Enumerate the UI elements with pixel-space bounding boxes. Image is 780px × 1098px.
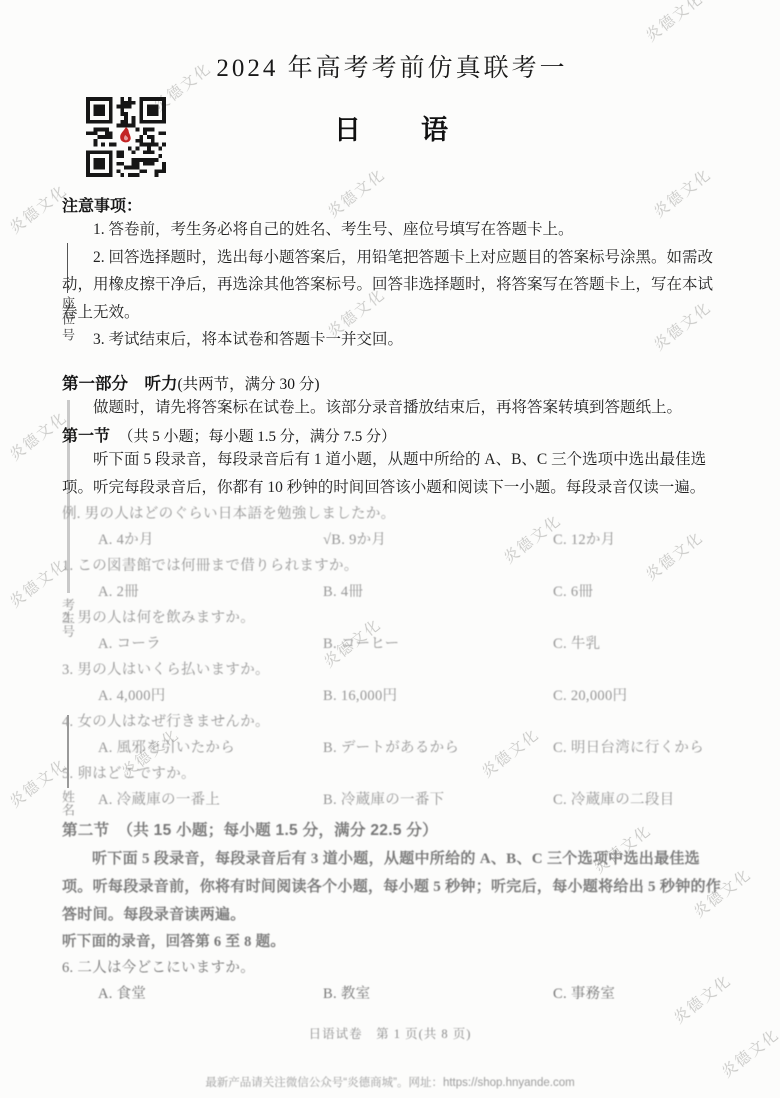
- option-a: A. 4か月: [98, 527, 323, 553]
- page-number-footer: 日语试卷 第 1 页(共 8 页): [0, 1024, 780, 1042]
- section1-meta: （共 5 小题；每小题 1.5 分，满分 7.5 分）: [126, 429, 396, 445]
- option-c: C. 12か月: [553, 527, 722, 553]
- question-2: 2. 男の人は何を飲みますか。: [62, 605, 722, 631]
- section2-passage-intro: 听下面的录音，回答第 6 至 8 题。: [62, 929, 722, 955]
- section1-label: 第一节: [62, 428, 110, 445]
- notice-heading: 注意事项：: [62, 193, 722, 216]
- option-b: B. 16,000円: [323, 683, 553, 709]
- option-c: C. 事務室: [553, 981, 722, 1007]
- question-6: 6. 二人は今どこにいますか。: [62, 955, 722, 981]
- option-b: B. コーヒー: [323, 631, 553, 657]
- option-c: C. 牛乳: [553, 631, 722, 657]
- question-1: 1. この図書館では何冊まで借りられますか。: [62, 553, 722, 579]
- option-a: A. コーラ: [98, 631, 323, 657]
- option-a: A. 冷蔵庫の一番上: [98, 787, 323, 813]
- section2-heading: 第二节 （共 15 小题；每小题 1.5 分，满分 22.5 分）: [62, 817, 722, 845]
- option-b: √B. 9か月: [323, 527, 553, 553]
- option-b: B. 冷蔵庫の一番下: [323, 787, 553, 813]
- section1-questions: 例. 男の人はどのぐらい日本語を勉強しましたか。 A. 4か月 √B. 9か月 …: [62, 501, 722, 813]
- section2: 第二节 （共 15 小题；每小题 1.5 分，满分 22.5 分） 听下面 5 …: [62, 817, 722, 1007]
- notice-item-3: 3. 考试结束后，将本试卷和答题卡一并交回。: [62, 326, 722, 354]
- section2-instructions: 听下面 5 段录音，每段录音后有 3 道小题，从题中所给的 A、B、C 三个选项…: [62, 845, 722, 929]
- notice-item-2: 2. 回答选择题时，选出每小题答案后，用铅笔把答题卡上对应题目的答案标号涂黑。如…: [62, 244, 722, 327]
- option-c: C. 6冊: [553, 579, 722, 605]
- option-c: C. 20,000円: [553, 683, 722, 709]
- subject-title: 日 语: [62, 108, 722, 147]
- question-3-options: A. 4,000円 B. 16,000円 C. 20,000円: [62, 683, 722, 709]
- option-a: A. 2冊: [98, 579, 323, 605]
- option-a: A. 食堂: [98, 981, 323, 1007]
- section2-meta: （共 15 小题；每小题 1.5 分，满分 22.5 分）: [125, 822, 438, 839]
- option-c: C. 明日台湾に行くから: [553, 735, 722, 761]
- question-3: 3. 男の人はいくら払いますか。: [62, 657, 722, 683]
- question-4-options: A. 風邪を引いたから B. デートがあるから C. 明日台湾に行くから: [62, 735, 722, 761]
- section1-heading: 第一节 （共 5 小题；每小题 1.5 分，满分 7.5 分）: [62, 423, 722, 446]
- question-6-options: A. 食堂 B. 教室 C. 事務室: [62, 981, 722, 1007]
- option-b: B. デートがあるから: [323, 735, 553, 761]
- option-c: C. 冷蔵庫の二段目: [553, 787, 722, 813]
- example-question: 例. 男の人はどのぐらい日本語を勉強しましたか。: [62, 501, 722, 527]
- notice-item-1: 1. 答卷前，考生务必将自己的姓名、考生号、座位号填写在答题卡上。: [62, 216, 722, 244]
- part1-heading-title: 第一部分 听力: [62, 375, 178, 393]
- part1-intro: 做题时，请先将答案标在试卷上。该部分录音播放结束后，再将答案转填到答题纸上。: [62, 394, 722, 422]
- option-a: A. 4,000円: [98, 683, 323, 709]
- section2-label: 第二节: [62, 822, 109, 839]
- option-b: B. 教室: [323, 981, 553, 1007]
- content-column: 2024 年高考考前仿真联考一 日 语 注意事项： 1. 答卷前，考生务必将自己…: [62, 0, 722, 1007]
- example-options: A. 4か月 √B. 9か月 C. 12か月: [62, 527, 722, 553]
- question-2-options: A. コーラ B. コーヒー C. 牛乳: [62, 631, 722, 657]
- part1-heading: 第一部分 听力(共两节，满分 30 分): [62, 370, 722, 394]
- question-5: 5. 卵はどこですか。: [62, 761, 722, 787]
- option-b: B. 4冊: [323, 579, 553, 605]
- option-a: A. 風邪を引いたから: [98, 735, 323, 761]
- publisher-promo-footer: 最新产品请关注微信公众号“炎德商城”。网址：https://shop.hnyan…: [0, 1074, 780, 1090]
- part1-heading-meta: (共两节，满分 30 分): [178, 376, 320, 393]
- exam-title: 2024 年高考考前仿真联考一: [62, 48, 722, 84]
- question-5-options: A. 冷蔵庫の一番上 B. 冷蔵庫の一番下 C. 冷蔵庫の二段目: [62, 787, 722, 813]
- question-1-options: A. 2冊 B. 4冊 C. 6冊: [62, 579, 722, 605]
- question-4: 4. 女の人はなぜ行きませんか。: [62, 709, 722, 735]
- section1-instructions: 听下面 5 段录音，每段录音后有 1 道小题，从题中所给的 A、B、C 三个选项…: [62, 446, 722, 501]
- exam-paper-page: 炎德文化炎德文化炎德文化炎德文化炎德文化炎德文化炎德文化炎德文化炎德文化炎德文化…: [0, 0, 780, 1098]
